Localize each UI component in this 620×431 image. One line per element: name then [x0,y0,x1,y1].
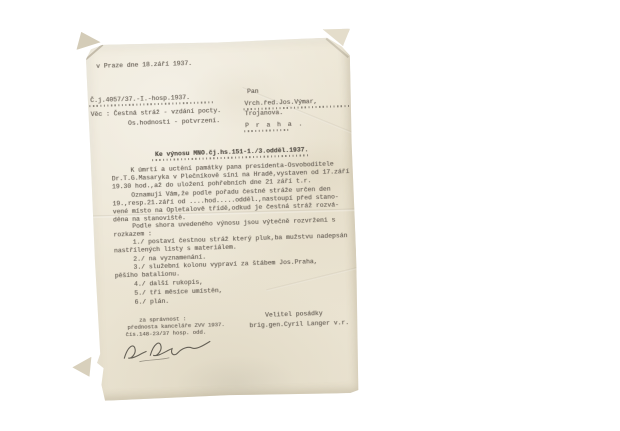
body-line: rozkazem : [113,230,152,238]
signer-name: brig.gen.Cyril Langer v.r. [249,319,349,329]
typed-dotted-underline [244,129,288,132]
subject-continuation: Os.hodnosti - potvrzení. [128,117,220,127]
addressee-street: Trojanova. [245,109,284,117]
handwritten-signature [119,332,216,367]
list-item: 1./ postaví čestnou stráž který pluk,ba … [133,232,348,246]
folded-corner-top-left [74,29,101,50]
list-item: 6./ plán. [134,298,169,306]
list-item: 5./ tři měsíce umístěn, [134,287,222,297]
corner-cut-edge [85,44,103,60]
list-item-continuation: pěšího batalionu. [115,270,180,279]
diagonal-crease [266,263,375,292]
addressee-city: P r a h a . [245,120,304,129]
addressee-salutation: Pan [247,88,259,95]
letter-sheet: v Praze dne 18.září 1937. Č.j.4057/37.-I… [85,37,360,401]
subject-line: Věc : Čestná stráž - vzdání pocty. [91,107,222,118]
scanned-document-page: v Praze dne 18.září 1937. Č.j.4057/37.-I… [0,0,620,431]
date-line: v Praze dne 18.září 1937. [96,60,192,70]
torn-corner-bottom-left [71,357,96,381]
signer-title: Velitel posádky [265,310,323,319]
list-item: 4./ další rukopis, [134,279,203,288]
